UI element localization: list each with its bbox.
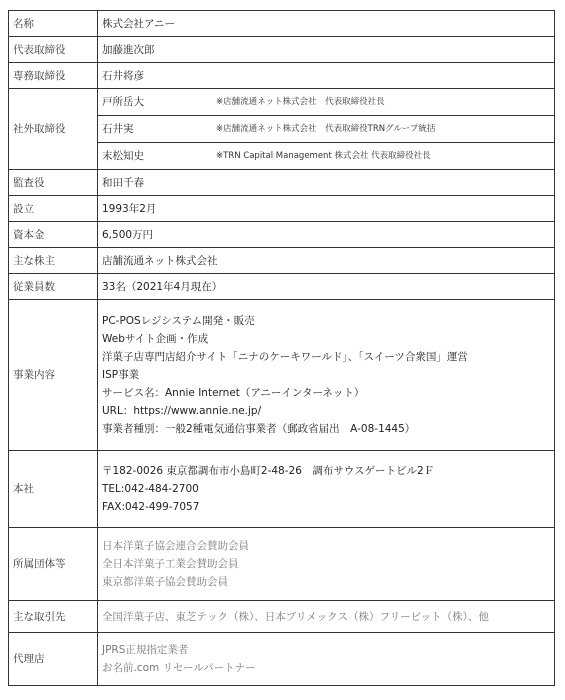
director-name: 戸所岳大 — [102, 96, 144, 108]
association-line: 全日本洋菓子工業会賛助会員 — [102, 555, 554, 573]
row-auditor: 監査役 和田千春 — [9, 170, 555, 196]
hq-fax: FAX:042-499-7057 — [102, 498, 554, 516]
row-shareholder: 主な株主 店舗流通ネット株式会社 — [9, 248, 555, 274]
row-business: 事業内容 PC-POSレジシステム開発・販売 Webサイト企画・作成 洋菓子店専… — [9, 300, 555, 451]
row-hq: 本社 〒182-0026 東京都調布市小島町2-48-26 調布サウスゲートビル… — [9, 451, 555, 528]
value-auditor: 和田千春 — [98, 170, 555, 196]
row-founded: 設立 1993年2月 — [9, 196, 555, 222]
agency-line: お名前.com リセールパートナー — [102, 659, 554, 677]
row-capital: 資本金 6,500万円 — [9, 222, 555, 248]
label-ceo: 代表取締役 — [9, 37, 98, 63]
director-note: ※店舗流通ネット株式会社 代表取締役TRNグループ統括 — [216, 116, 435, 142]
value-associations: 日本洋菓子協会連合会賛助会員 全日本洋菓子工業会賛助会員 東京都洋菓子協会賛助会… — [98, 528, 555, 601]
row-senior-director: 専務取締役 石井将彦 — [9, 63, 555, 89]
business-line: 洋菓子店専門店紹介サイト「ニナのケーキワールド」、「スイーツ合衆国」運営 — [102, 348, 554, 366]
label-name: 名称 — [9, 11, 98, 37]
value-business: PC-POSレジシステム開発・販売 Webサイト企画・作成 洋菓子店専門店紹介サ… — [98, 300, 555, 451]
director-note: ※TRN Capital Management 株式会社 代表取締役社長 — [216, 143, 431, 169]
company-profile-table: 名称 株式会社アニー 代表取締役 加藤進次郎 専務取締役 石井将彦 社外取締役 … — [8, 10, 555, 686]
row-employees: 従業員数 33名（2021年4月現在） — [9, 274, 555, 300]
label-clients: 主な取引先 — [9, 601, 98, 633]
value-ceo: 加藤進次郎 — [98, 37, 555, 63]
association-line: 東京都洋菓子協会賛助会員 — [102, 573, 554, 591]
value-hq: 〒182-0026 東京都調布市小島町2-48-26 調布サウスゲートビル2Ｆ … — [98, 451, 555, 528]
agency-line: JPRS正規指定業者 — [102, 641, 554, 659]
value-name: 株式会社アニー — [98, 11, 555, 37]
outside-director-1: 戸所岳大 ※店舗流通ネット株式会社 代表取締役社長 — [98, 89, 555, 116]
outside-director-3: 末松知史 ※TRN Capital Management 株式会社 代表取締役社… — [98, 143, 555, 170]
label-outside-directors: 社外取締役 — [9, 89, 98, 170]
value-employees: 33名（2021年4月現在） — [98, 274, 555, 300]
hq-address: 〒182-0026 東京都調布市小島町2-48-26 調布サウスゲートビル2Ｆ — [102, 462, 554, 480]
row-name: 名称 株式会社アニー — [9, 11, 555, 37]
label-employees: 従業員数 — [9, 274, 98, 300]
director-name: 石井実 — [102, 123, 134, 135]
value-clients: 全国洋菓子店、東芝テック（株）、日本ブリメックス（株）フリービット（株）、他 — [98, 601, 555, 633]
director-note: ※店舗流通ネット株式会社 代表取締役社長 — [216, 89, 385, 115]
label-shareholder: 主な株主 — [9, 248, 98, 274]
business-line: PC-POSレジシステム開発・販売 — [102, 312, 554, 330]
label-associations: 所属団体等 — [9, 528, 98, 601]
value-capital: 6,500万円 — [98, 222, 555, 248]
business-line: URL：https://www.annie.ne.jp/ — [102, 402, 554, 420]
value-shareholder: 店舗流通ネット株式会社 — [98, 248, 555, 274]
hq-tel: TEL:042-484-2700 — [102, 480, 554, 498]
row-ceo: 代表取締役 加藤進次郎 — [9, 37, 555, 63]
row-outside-director-1: 社外取締役 戸所岳大 ※店舗流通ネット株式会社 代表取締役社長 — [9, 89, 555, 116]
label-founded: 設立 — [9, 196, 98, 222]
business-line: 事業者種別：一般2種電気通信事業者（郵政省届出 A-08-1445） — [102, 420, 554, 438]
label-hq: 本社 — [9, 451, 98, 528]
label-capital: 資本金 — [9, 222, 98, 248]
row-clients: 主な取引先 全国洋菓子店、東芝テック（株）、日本ブリメックス（株）フリービット（… — [9, 601, 555, 633]
business-line: ISP事業 — [102, 366, 554, 384]
outside-director-2: 石井実 ※店舗流通ネット株式会社 代表取締役TRNグループ統括 — [98, 116, 555, 143]
value-senior-director: 石井将彦 — [98, 63, 555, 89]
director-name: 末松知史 — [102, 150, 144, 162]
business-line: サービス名：Annie Internet（アニーインターネット） — [102, 384, 554, 402]
row-associations: 所属団体等 日本洋菓子協会連合会賛助会員 全日本洋菓子工業会賛助会員 東京都洋菓… — [9, 528, 555, 601]
label-agency: 代理店 — [9, 633, 98, 686]
label-business: 事業内容 — [9, 300, 98, 451]
association-line: 日本洋菓子協会連合会賛助会員 — [102, 537, 554, 555]
value-agency: JPRS正規指定業者 お名前.com リセールパートナー — [98, 633, 555, 686]
row-agency: 代理店 JPRS正規指定業者 お名前.com リセールパートナー — [9, 633, 555, 686]
business-line: Webサイト企画・作成 — [102, 330, 554, 348]
label-auditor: 監査役 — [9, 170, 98, 196]
label-senior-director: 専務取締役 — [9, 63, 98, 89]
value-founded: 1993年2月 — [98, 196, 555, 222]
